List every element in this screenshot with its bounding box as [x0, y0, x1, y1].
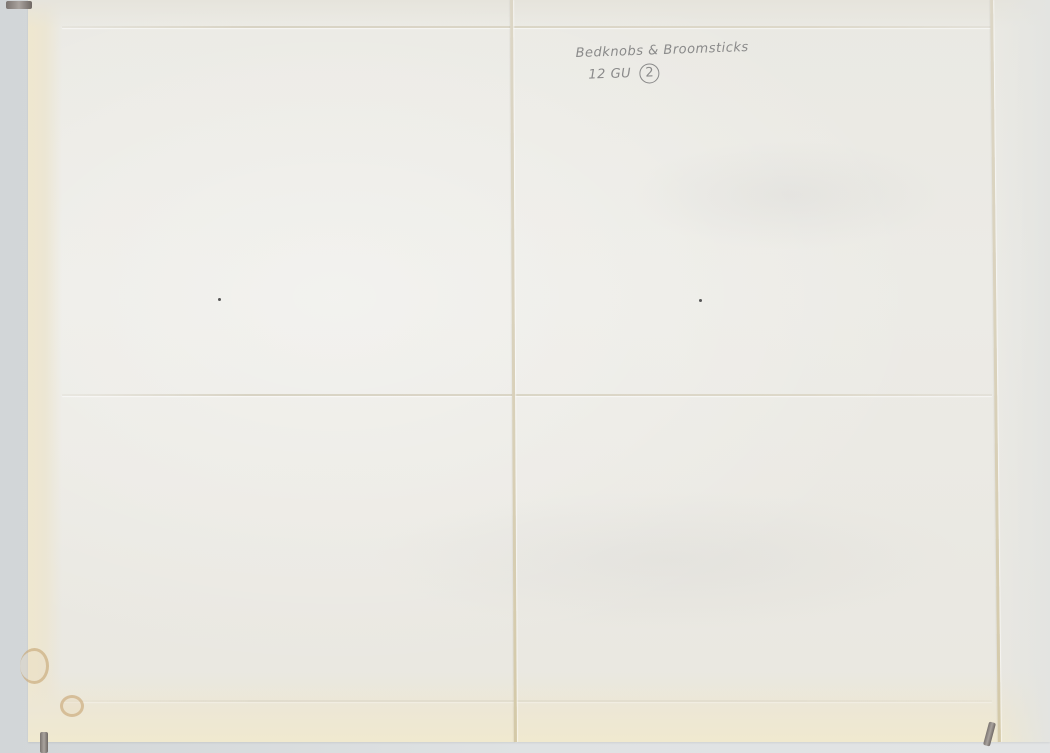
edge-top: [28, 0, 1050, 28]
fold-line-vertical: [510, 0, 517, 742]
note-circled-number: 2: [639, 63, 660, 84]
pin-hole: [218, 298, 221, 301]
tape-clip: [40, 732, 48, 753]
print-through-shadow: [368, 490, 968, 630]
poster-back: Bedknobs & Broomsticks 12 GU 2: [28, 0, 1050, 742]
stain-mark: [20, 648, 49, 684]
fold-line-horizontal: [62, 700, 992, 702]
stain-mark: [60, 695, 84, 717]
note-code: 12 GU 2: [576, 59, 750, 87]
print-through-shadow: [628, 140, 948, 250]
note-code-text: 12 GU: [588, 66, 631, 82]
handwritten-note: Bedknobs & Broomsticks 12 GU 2: [575, 37, 750, 87]
tape-clip: [6, 1, 32, 9]
fold-line-horizontal: [62, 394, 992, 396]
aged-edge-bottom: [28, 672, 1050, 742]
aged-edge-left: [28, 0, 62, 742]
fold-line-horizontal: [62, 26, 992, 28]
pin-hole: [699, 299, 702, 302]
